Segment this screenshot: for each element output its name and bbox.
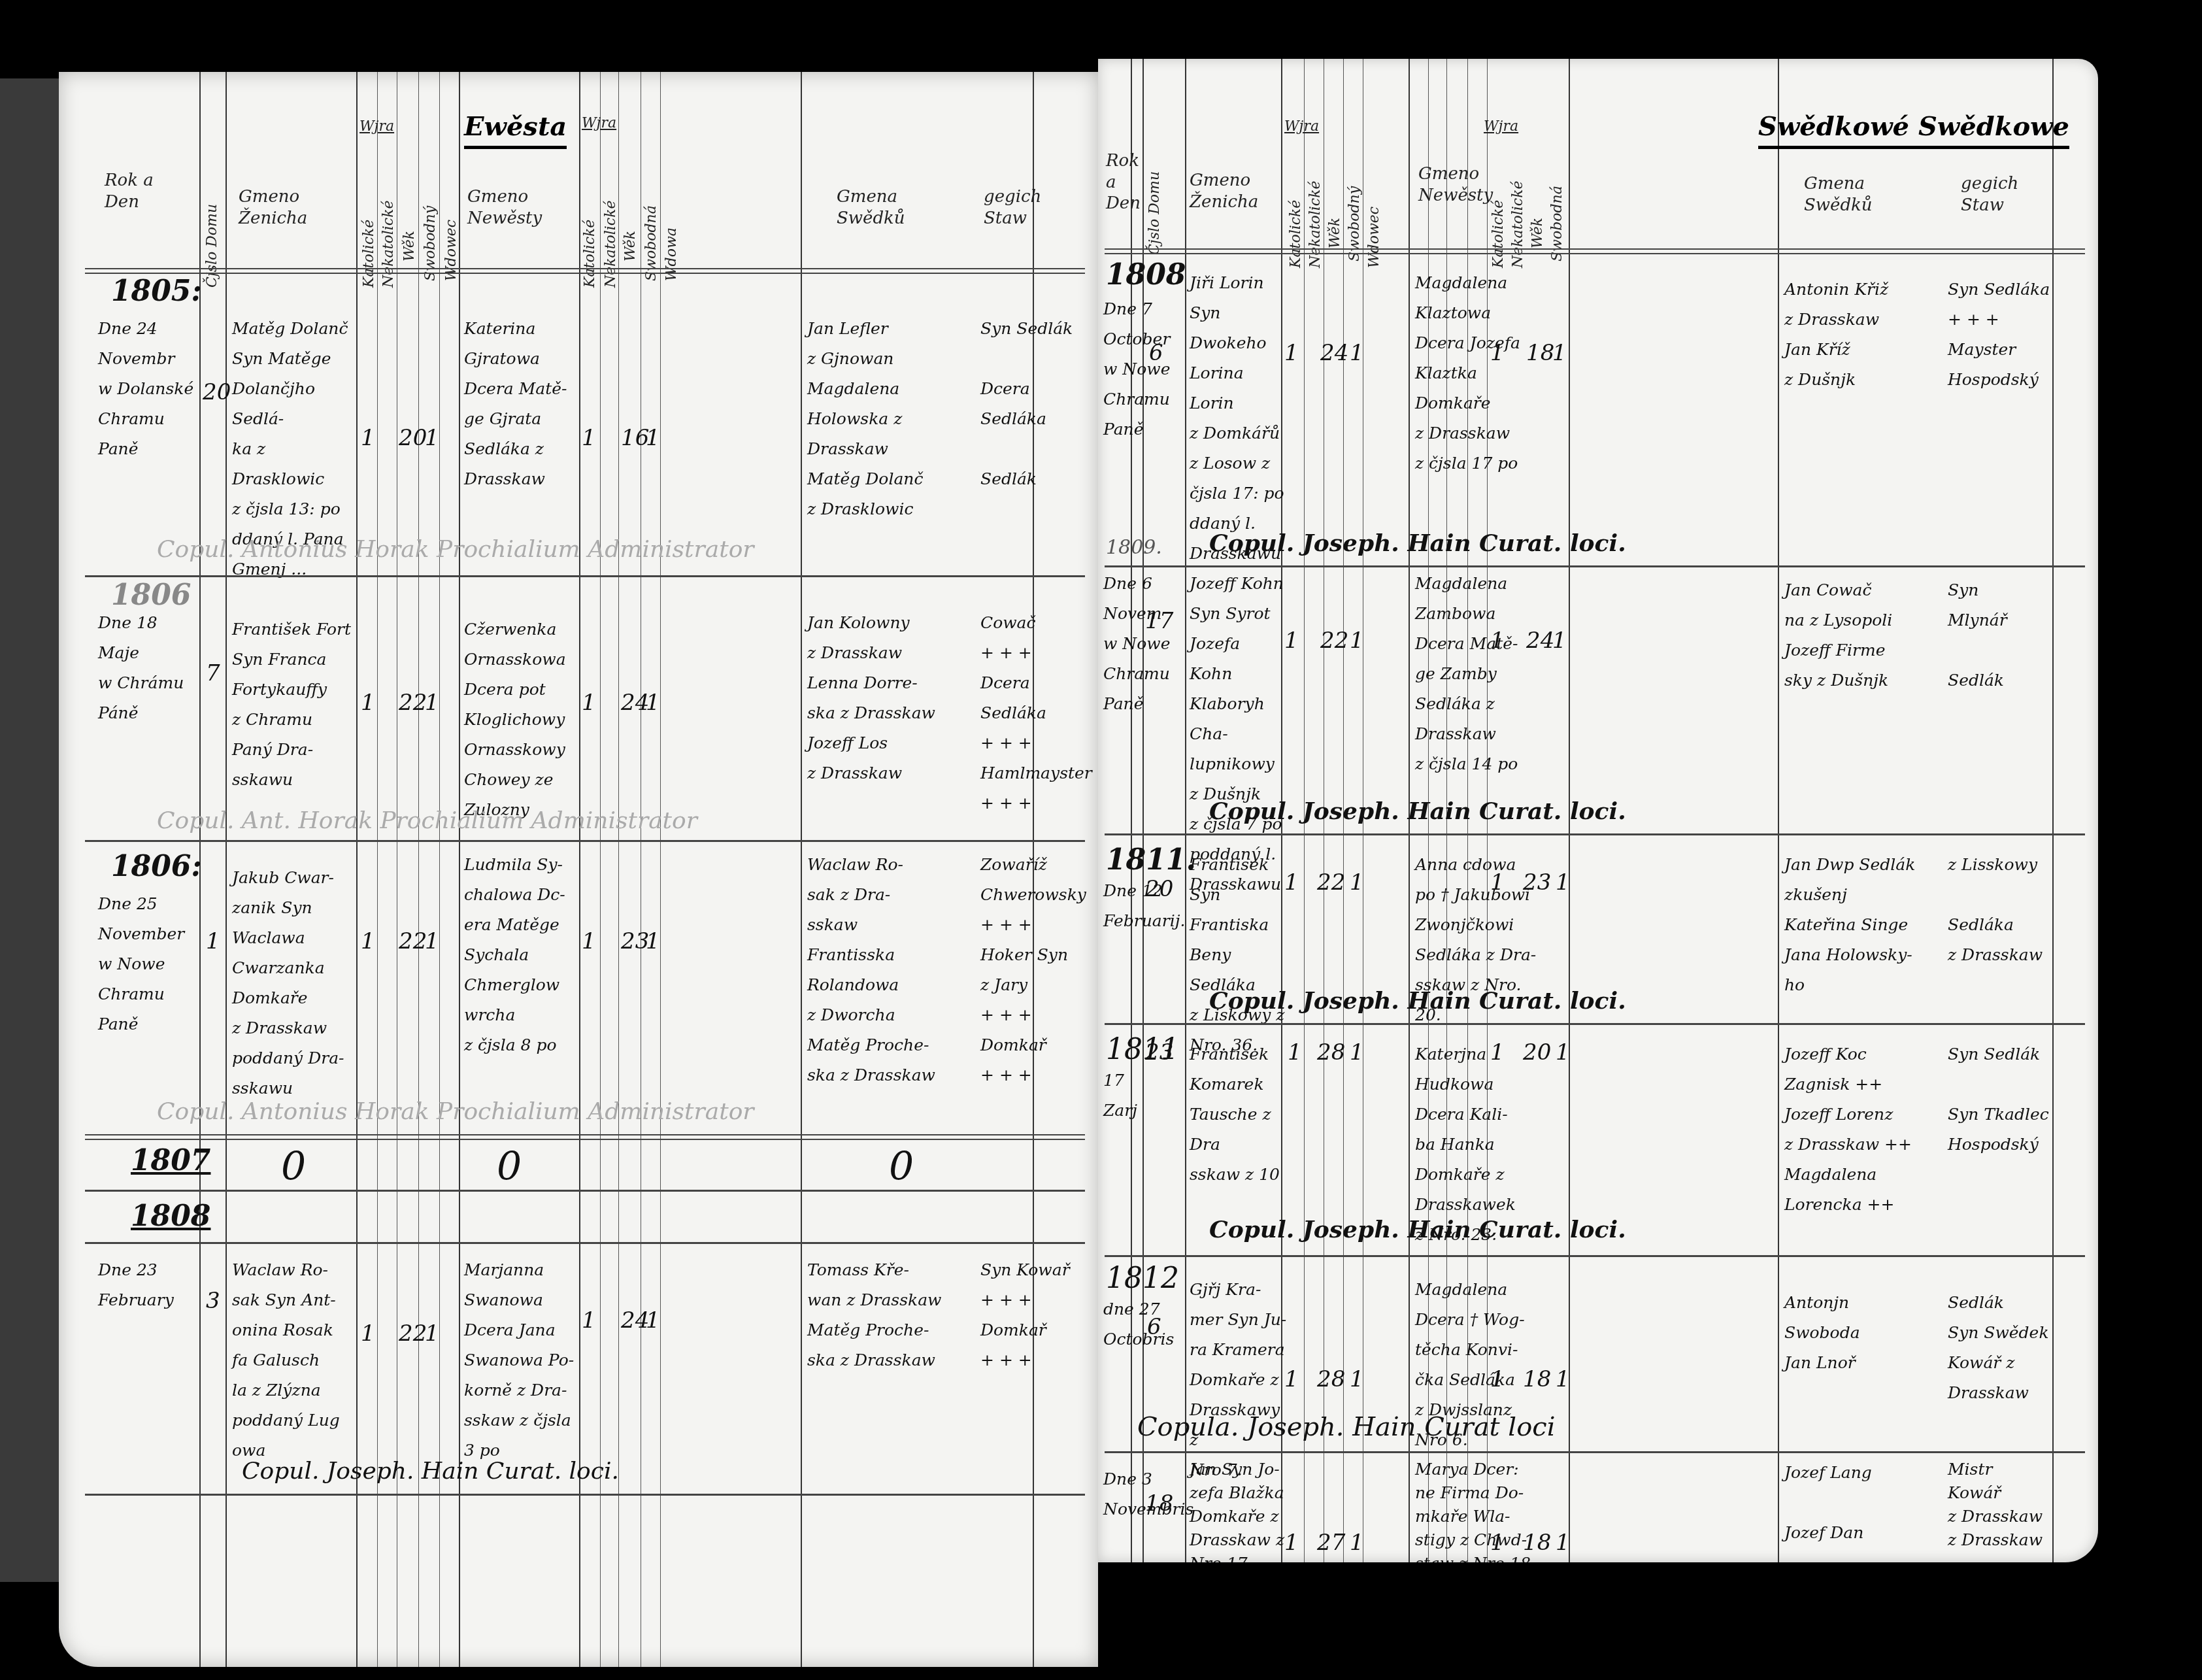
entry-status: Cowač + + + Dcera Sedláka + + + Hamlmays… xyxy=(980,608,1092,818)
entry-year: 1808 xyxy=(131,1200,210,1234)
column-rule xyxy=(600,72,601,1667)
entry-status: z Lisskowy Sedláka z Drasskaw xyxy=(1948,850,2052,970)
entry-year: 1809. xyxy=(1106,533,1162,563)
entry-house-no: 6 xyxy=(1149,340,1163,366)
bride-section-title: Ewěsta xyxy=(464,111,567,149)
entry-groom-catholic: 1 xyxy=(361,425,375,451)
entry-bride: Ludmila Sy- chalowa Dc- era Matěge Sycha… xyxy=(464,850,582,1060)
entry-groom-single: 1 xyxy=(1350,1366,1364,1392)
entry-bride-age: 23 xyxy=(1523,869,1551,896)
entry-bride-single: 1 xyxy=(1556,1366,1570,1392)
entry-bride-age: 23 xyxy=(621,928,649,954)
entry-groom-age: 22 xyxy=(399,928,427,954)
entry-rule xyxy=(1105,1255,2085,1257)
entry-groom-catholic: 1 xyxy=(1284,1530,1299,1556)
header-date: Rok a Den xyxy=(1106,150,1152,214)
entry-officiant: Copul. Joseph. Hain Curat. loci. xyxy=(1209,529,1626,557)
entry-year: 1806: xyxy=(111,850,202,884)
header-groom-faith: Wjra xyxy=(1284,118,1319,136)
entry-groom-catholic: 1 xyxy=(361,690,375,716)
left-page: Rok a Den Čjslo Domu Gmeno Ženicha Wjra … xyxy=(59,72,1098,1667)
entry-officiant: Copul. Joseph. Hain Curat. loci. xyxy=(242,1458,619,1485)
entry-bride-single: 1 xyxy=(1552,628,1567,654)
entry-house-no: 18 xyxy=(1145,1490,1173,1517)
entry-bride-catholic: 1 xyxy=(582,928,596,954)
entry-status: Syn Sedlák Syn Tkadlec Hospodský xyxy=(1948,1039,2052,1160)
entry-witnesses: Jozeff Koc Zagnisk ++ Jozeff Lorenz z Dr… xyxy=(1784,1039,1954,1220)
no-entries-marker: 0 xyxy=(889,1144,914,1190)
entry-groom: Waclaw Ro- sak Syn Ant- onina Rosak fa G… xyxy=(232,1255,363,1466)
column-rule xyxy=(397,72,397,1667)
entry-groom-age: 27 xyxy=(1317,1530,1345,1556)
entry-house-no: 17 xyxy=(1145,608,1173,634)
entry-rule xyxy=(1105,1023,2085,1025)
entry-house-no: 6 xyxy=(1147,1314,1161,1340)
entry-rule xyxy=(85,1494,1085,1496)
entry-house-no: 7 xyxy=(206,660,220,686)
entry-witnesses: Antonin Křiž z Drasskaw Jan Kříž z Dušnj… xyxy=(1784,275,1954,395)
entry-date: Dne 23 February xyxy=(98,1255,196,1315)
header-bride-age: Wěk xyxy=(622,176,639,261)
entry-status: Zowaříž Chwerowsky + + + Hoker Syn z Jar… xyxy=(980,850,1092,1090)
header-groom: Gmeno Ženicha xyxy=(239,186,350,229)
header-non-catholic: Nekatolické xyxy=(1307,163,1324,268)
entry-groom: Jiři Lorin Syn Dwokeho Lorina Lorin z Do… xyxy=(1190,268,1288,569)
entry-witnesses: Jan Cowač na z Lysopoli Jozeff Firme sky… xyxy=(1784,575,1954,696)
column-rule xyxy=(2052,59,2054,1562)
entry-groom-single: 1 xyxy=(425,425,439,451)
entry-bride-catholic: 1 xyxy=(1490,340,1505,366)
entry-groom-single: 1 xyxy=(425,928,439,954)
entry-witnesses: Jan Lefler z Gjnowan Magdalena Holowska … xyxy=(807,314,984,524)
header-witnesses: Gmena Swědků xyxy=(837,186,954,229)
entry-bride-age: 24 xyxy=(1526,628,1554,654)
entry-groom-catholic: 1 xyxy=(361,928,375,954)
header-bride-age: Wěk xyxy=(1529,170,1546,248)
entry-bride-widow: 1 xyxy=(1556,869,1570,896)
entry-groom-age: 28 xyxy=(1317,1039,1345,1066)
entry-rule xyxy=(85,575,1085,577)
entry-groom: Gjřj Kra- mer Syn Ju- ra Kramera Domkaře… xyxy=(1190,1275,1288,1485)
entry-rule xyxy=(85,1242,1085,1244)
entry-status: Syn Kowař + + + Domkař + + + xyxy=(980,1255,1092,1375)
entry-rule xyxy=(1105,565,2085,567)
entry-groom-age: 20 xyxy=(399,425,427,451)
entry-year: 1811. xyxy=(1106,843,1196,877)
header-bride-widow: Wdowa xyxy=(663,170,680,281)
entry-groom-catholic: 1 xyxy=(1288,1039,1302,1066)
entry-groom-single: 1 xyxy=(425,690,439,716)
entry-bride: Magdalena Zambowa Dcera Matě- ge Zamby S… xyxy=(1415,569,1546,779)
entry-bride-catholic: 1 xyxy=(582,425,596,451)
entry-officiant: Copul. Antonius Horak Prochialium Admini… xyxy=(157,536,754,563)
entry-groom-single: 1 xyxy=(1350,628,1364,654)
entry-date: Dne 24 Novembr w Dolanské Chramu Paně xyxy=(98,314,196,464)
entry-bride-catholic: 1 xyxy=(1490,1366,1505,1392)
entry-groom: Jan Syn Jo- zefa Blažka Domkaře z Drassk… xyxy=(1190,1458,1288,1562)
entry-date: 17 Zarj xyxy=(1103,1066,1188,1126)
header-rule xyxy=(1105,248,2085,250)
header-house-no: Čjslo Domu xyxy=(1146,144,1163,255)
entry-bride-single: 1 xyxy=(646,1307,660,1334)
column-rule xyxy=(801,72,802,1667)
right-page: Rok a Den Čjslo Domu Gmeno Ženicha Wjra … xyxy=(1098,59,2098,1562)
entry-date: dne 27 Octobris xyxy=(1103,1294,1188,1354)
entry-groom: František Fort Syn Franca Fortykauffy z … xyxy=(232,614,363,795)
entry-bride: Magdalena Klaztowa Dcera Jozefa Klaztka … xyxy=(1415,268,1546,479)
entry-bride-catholic: 1 xyxy=(1490,869,1505,896)
entry-year: 1805: xyxy=(111,275,202,309)
header-catholic: Katolické xyxy=(361,170,377,288)
header-single: Swobodný xyxy=(422,163,439,281)
entry-house-no: 20 xyxy=(1145,876,1173,902)
entry-witnesses: Antonjn Swoboda Jan Lnoř xyxy=(1784,1288,1954,1378)
entry-groom: Frantisek Syn Frantiska Beny Sedláka z L… xyxy=(1190,850,1288,1060)
entry-groom-age: 22 xyxy=(399,690,427,716)
entry-rule xyxy=(1105,1451,2085,1453)
column-rule xyxy=(377,72,378,1667)
entry-bride-age: 24 xyxy=(621,690,649,716)
entry-bride-single: 1 xyxy=(1556,1039,1570,1066)
header-bride-catholic: Katolické xyxy=(1490,163,1507,268)
header-groom: Gmeno Ženicha xyxy=(1190,170,1281,212)
entry-bride-single: 1 xyxy=(1556,1530,1570,1556)
entry-bride: Katerina Gjratowa Dcera Matě- ge Gjrata … xyxy=(464,314,582,494)
entry-status: Mistr Kowář z Drasskaw z Drasskaw xyxy=(1948,1458,2052,1552)
entry-rule xyxy=(85,1134,1085,1135)
entry-house-no: 3 xyxy=(206,1288,220,1314)
entry-bride: Marjanna Swanowa Dcera Jana Swanowa Po- … xyxy=(464,1255,582,1466)
column-rule xyxy=(439,72,440,1667)
entry-groom-age: 28 xyxy=(1317,1366,1345,1392)
entry-officiant: Copul. Joseph. Hain Curat. loci. xyxy=(1209,798,1626,825)
header-bride: Gmeno Newěsty xyxy=(467,186,572,229)
entry-date: Dne 6 Novem w Nowe Chramu Paně xyxy=(1103,569,1188,719)
header-witnesses: Gmena Swědků xyxy=(1804,173,1935,216)
entry-bride-catholic: 1 xyxy=(1490,1530,1505,1556)
entry-witnesses: Jan Dwp Sedlák zkušenj Kateřina Singe Ja… xyxy=(1784,850,1954,1000)
header-widower: Wdowec xyxy=(443,170,459,281)
entry-bride-catholic: 1 xyxy=(1490,1039,1505,1066)
entry-groom: Frantisek Komarek Tausche z Dra sskaw z … xyxy=(1190,1039,1288,1190)
entry-date: Dne 25 November w Nowe Chramu Paně xyxy=(98,889,196,1039)
entry-bride-catholic: 1 xyxy=(582,1307,596,1334)
entry-status: Syn Sedlák Dcera Sedláka Sedlák xyxy=(980,314,1092,494)
entry-status: Syn Sedláka + + + Mayster Hospodský xyxy=(1948,275,2052,395)
entry-year: 1812 xyxy=(1106,1262,1179,1296)
entry-witnesses: Waclaw Ro- sak z Dra- sskaw Frantisska R… xyxy=(807,850,984,1090)
entry-bride-single: 1 xyxy=(646,928,660,954)
entry-groom-catholic: 1 xyxy=(361,1320,375,1347)
entry-bride-single: 1 xyxy=(646,690,660,716)
entry-witnesses: Jan Kolowny z Drasskaw Lenna Dorre- ska … xyxy=(807,608,984,788)
entry-bride-age: 18 xyxy=(1526,340,1554,366)
entry-groom-catholic: 1 xyxy=(1284,869,1299,896)
entry-rule xyxy=(1105,833,2085,835)
entry-bride-age: 18 xyxy=(1523,1366,1551,1392)
header-bride-single: Swobodná xyxy=(1549,150,1565,261)
entry-house-no: 23 xyxy=(1145,1039,1173,1066)
entry-bride-catholic: 1 xyxy=(1490,628,1505,654)
header-status: gegich Staw xyxy=(984,186,1062,229)
column-rule xyxy=(660,72,661,1667)
entry-groom-catholic: 1 xyxy=(1284,628,1299,654)
entry-year: 1807 xyxy=(131,1144,210,1178)
entry-groom-single: 1 xyxy=(1350,1039,1364,1066)
header-widower: Wdowec xyxy=(1366,157,1382,268)
entry-groom-catholic: 1 xyxy=(1284,1366,1299,1392)
entry-year: 1808 xyxy=(1106,258,1186,292)
column-rule xyxy=(1778,59,1779,1562)
entry-bride-catholic: 1 xyxy=(582,690,596,716)
entry-bride-age: 24 xyxy=(621,1307,649,1334)
header-rule xyxy=(85,268,1085,269)
header-age: Wěk xyxy=(401,183,418,261)
entry-rule xyxy=(85,1190,1085,1192)
entry-groom-age: 24 xyxy=(1320,340,1348,366)
header-date: Rok a Den xyxy=(105,170,183,212)
entry-house-no: 1 xyxy=(206,928,220,954)
column-rule xyxy=(618,72,619,1667)
entry-status: Syn Mlynář Sedlák xyxy=(1948,575,2052,696)
column-rule xyxy=(459,72,460,1667)
entry-witnesses: Tomass Kře- wan z Drasskaw Matěg Proche-… xyxy=(807,1255,984,1375)
entry-groom-age: 22 xyxy=(399,1320,427,1347)
no-entries-marker: 0 xyxy=(497,1144,522,1190)
entry-officiant: Copula. Joseph. Hain Curat loci xyxy=(1137,1412,1555,1442)
witness-section-title: Swědkowé Swědkowe xyxy=(1758,111,2069,149)
entry-officiant: Copul. Joseph. Hain Curat. loci. xyxy=(1209,1216,1626,1243)
header-age: Wěk xyxy=(1327,170,1343,248)
entry-status: Sedlák Syn Swědek Kowář z Drasskaw xyxy=(1948,1288,2052,1408)
column-rule xyxy=(418,72,419,1667)
entry-bride-age: 20 xyxy=(1523,1039,1551,1066)
header-non-catholic: Nekatolické xyxy=(380,170,397,288)
no-entries-marker: 0 xyxy=(281,1144,306,1190)
entry-groom-single: 1 xyxy=(1350,340,1364,366)
column-rule xyxy=(641,72,641,1667)
entry-bride-age: 18 xyxy=(1523,1530,1551,1556)
entry-house-no: 20 xyxy=(203,379,231,405)
entry-officiant: Copul. Ant. Horak Prochialium Administra… xyxy=(157,807,697,834)
entry-officiant: Copul. Joseph. Hain Curat. loci. xyxy=(1209,987,1626,1015)
header-status: gegich Staw xyxy=(1961,173,2039,216)
entry-bride: Cžerwenka Ornasskowa Dcera pot Kloglicho… xyxy=(464,614,582,825)
entry-groom-age: 22 xyxy=(1317,869,1345,896)
header-bride-faith: Wjra xyxy=(1484,118,1518,136)
entry-bride-single: 1 xyxy=(646,425,660,451)
entry-groom-age: 22 xyxy=(1320,628,1348,654)
entry-rule xyxy=(85,840,1085,842)
entry-groom-single: 1 xyxy=(1350,869,1364,896)
entry-groom-single: 1 xyxy=(1350,1530,1364,1556)
entry-date: Dne 18 Maje w Chrámu Páně xyxy=(98,608,196,728)
entry-groom-catholic: 1 xyxy=(1284,340,1299,366)
header-bride-single: Swobodná xyxy=(643,163,659,281)
entry-witnesses: Jozef Lang Jozef Dan xyxy=(1784,1458,1954,1548)
column-rule xyxy=(225,72,227,1667)
entry-groom: Jakub Cwar- zanik Syn Waclawa Cwarzanka … xyxy=(232,863,363,1103)
header-bride-non-catholic: Nekatolické xyxy=(1510,163,1526,268)
header-bride-non-catholic: Nekatolické xyxy=(603,170,619,288)
header-single: Swobodný xyxy=(1346,150,1363,261)
entry-officiant: Copul. Antonius Horak Prochialium Admini… xyxy=(157,1098,754,1125)
entry-bride-single: 1 xyxy=(1552,340,1567,366)
header-bride-faith: Wjra xyxy=(582,114,616,133)
header-catholic: Katolické xyxy=(1288,163,1304,268)
entry-date: Dne 7 October w Nowe Chramu Paně xyxy=(1103,294,1188,445)
header-groom-faith: Wjra xyxy=(359,118,394,136)
entry-groom-single: 1 xyxy=(425,1320,439,1347)
header-bride-catholic: Katolické xyxy=(582,170,598,288)
entry-bride-age: 16 xyxy=(621,425,649,451)
